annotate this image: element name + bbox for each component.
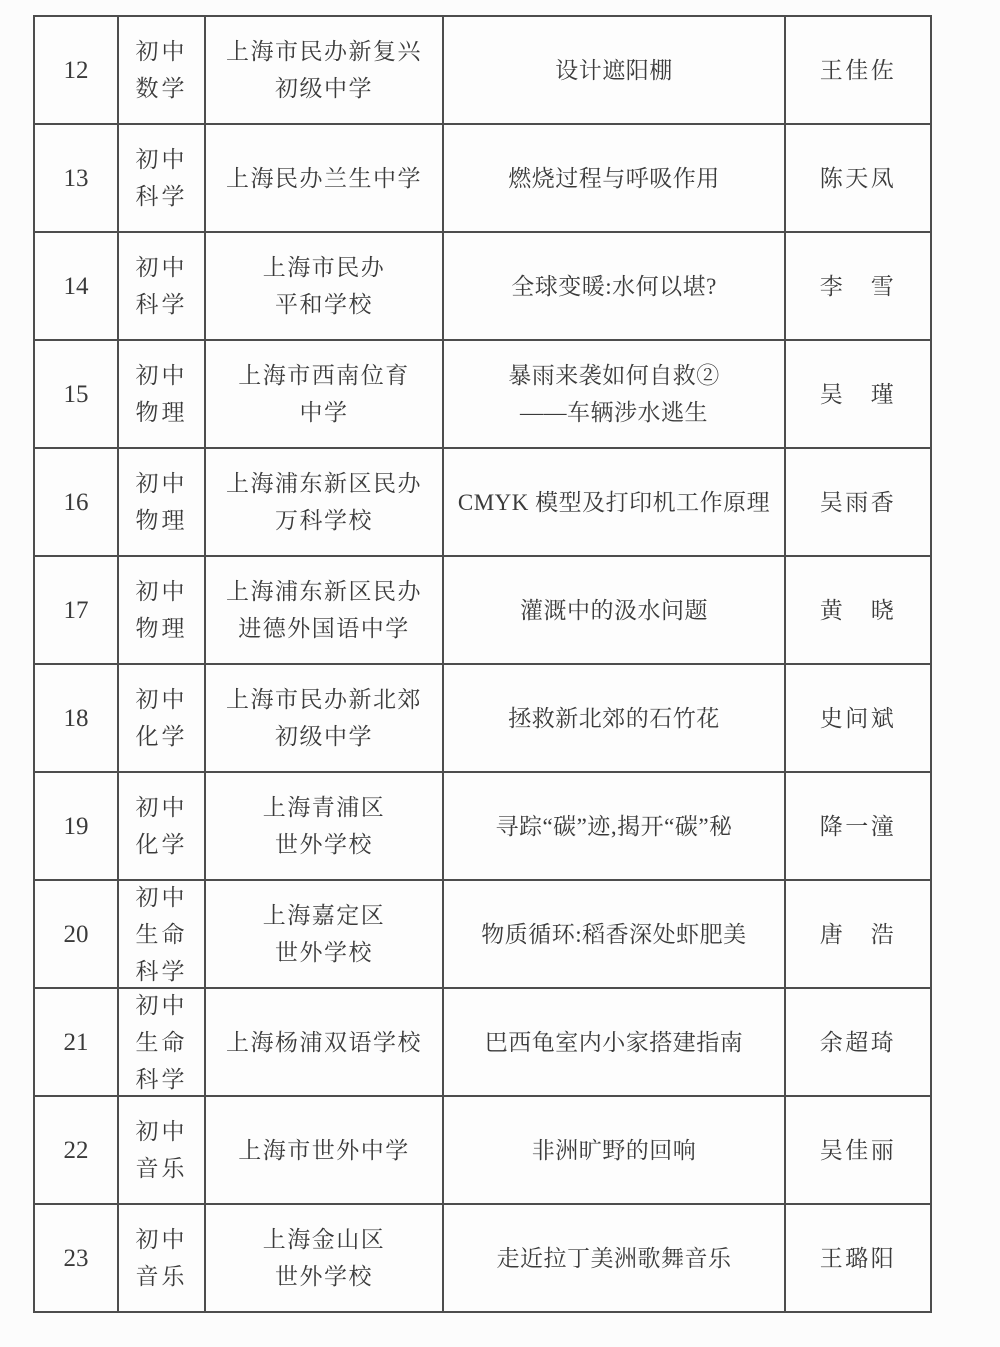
name-text: 吴雨香 (820, 484, 897, 521)
num-text: 13 (64, 160, 89, 197)
name-text: 降一潼 (820, 808, 897, 845)
row-number-cell: 19 (35, 773, 119, 881)
lesson-title-cell: 物质循环:稻香深处虾肥美 (444, 881, 786, 989)
school-text: 上海市民办新北郊 (226, 681, 422, 718)
teacher-name-cell: 吴雨香 (786, 449, 932, 557)
table-row: 17 初中物理 上海浦东新区民办进德外国语中学 灌溉中的汲水问题 黄 晓 (35, 557, 932, 665)
name-text: 余超琦 (820, 1024, 897, 1061)
table-row: 18 初中化学 上海市民办新北郊初级中学 拯救新北郊的石竹花 史问斌 (35, 665, 932, 773)
table-row: 12 初中数学 上海市民办新复兴初级中学 设计遮阳棚 王佳佐 (35, 17, 932, 125)
row-number-cell: 20 (35, 881, 119, 989)
row-number-cell: 21 (35, 989, 119, 1097)
subject-text: 生命 (136, 916, 188, 953)
subject-cell: 初中物理 (119, 449, 206, 557)
school-text: 上海市世外中学 (238, 1132, 410, 1169)
school-cell: 上海浦东新区民办进德外国语中学 (206, 557, 444, 665)
subject-cell: 初中化学 (119, 665, 206, 773)
row-number-cell: 17 (35, 557, 119, 665)
school-cell: 上海市民办新复兴初级中学 (206, 17, 444, 125)
title-text: 全球变暖:水何以堪? (511, 268, 717, 305)
school-text: 世外学校 (275, 1258, 373, 1295)
school-text: 上海青浦区 (263, 789, 386, 826)
subject-text: 初中 (136, 789, 188, 826)
title-text: 寻踪“碳”迹,揭开“碳”秘 (495, 808, 732, 845)
subject-text: 化学 (136, 826, 188, 863)
subject-cell: 初中科学 (119, 125, 206, 233)
school-cell: 上海市民办平和学校 (206, 233, 444, 341)
school-text: 上海金山区 (263, 1221, 386, 1258)
school-text: 世外学校 (275, 934, 373, 971)
title-text: 拯救新北郊的石竹花 (508, 700, 720, 737)
name-text: 史问斌 (820, 700, 897, 737)
row-number-cell: 12 (35, 17, 119, 125)
name-text: 王璐阳 (820, 1240, 897, 1277)
lesson-title-cell: 走近拉丁美洲歌舞音乐 (444, 1205, 786, 1313)
subject-cell: 初中音乐 (119, 1205, 206, 1313)
school-text: 进德外国语中学 (238, 610, 410, 647)
table-row: 16 初中物理 上海浦东新区民办万科学校 CMYK 模型及打印机工作原理 吴雨香 (35, 449, 932, 557)
table-row: 19 初中化学 上海青浦区世外学校 寻踪“碳”迹,揭开“碳”秘 降一潼 (35, 773, 932, 881)
school-text: 上海市民办 (263, 249, 386, 286)
school-text: 上海嘉定区 (263, 897, 386, 934)
subject-cell: 初中音乐 (119, 1097, 206, 1205)
subject-text: 物理 (136, 610, 188, 647)
lesson-title-cell: 非洲旷野的回响 (444, 1097, 786, 1205)
school-cell: 上海市西南位育中学 (206, 341, 444, 449)
school-text: 初级中学 (275, 718, 373, 755)
num-text: 23 (64, 1240, 89, 1277)
table-row: 14 初中科学 上海市民办平和学校 全球变暖:水何以堪? 李 雪 (35, 233, 932, 341)
num-text: 22 (64, 1132, 89, 1169)
row-number-cell: 18 (35, 665, 119, 773)
title-text: 巴西龟室内小家搭建指南 (485, 1024, 744, 1061)
num-text: 15 (64, 376, 89, 413)
subject-text: 科学 (136, 1061, 188, 1098)
num-text: 19 (64, 808, 89, 845)
row-number-cell: 14 (35, 233, 119, 341)
subject-text: 物理 (136, 394, 188, 431)
lesson-title-cell: 巴西龟室内小家搭建指南 (444, 989, 786, 1097)
subject-cell: 初中物理 (119, 341, 206, 449)
subject-text: 初中 (136, 1113, 188, 1150)
teacher-name-cell: 陈天凤 (786, 125, 932, 233)
subject-text: 初中 (136, 573, 188, 610)
name-text: 王佳佐 (820, 52, 897, 89)
subject-text: 初中 (136, 33, 188, 70)
table-row: 15 初中物理 上海市西南位育中学 暴雨来袭如何自救②——车辆涉水逃生 吴 瑾 (35, 341, 932, 449)
subject-text: 科学 (136, 953, 188, 990)
subject-cell: 初中数学 (119, 17, 206, 125)
subject-cell: 初中生命科学 (119, 881, 206, 989)
teacher-name-cell: 王璐阳 (786, 1205, 932, 1313)
school-cell: 上海市世外中学 (206, 1097, 444, 1205)
lesson-title-cell: 暴雨来袭如何自救②——车辆涉水逃生 (444, 341, 786, 449)
teacher-name-cell: 吴佳丽 (786, 1097, 932, 1205)
table-row: 20 初中生命科学 上海嘉定区世外学校 物质循环:稻香深处虾肥美 唐 浩 (35, 881, 932, 989)
num-text: 12 (64, 52, 89, 89)
school-text: 上海浦东新区民办 (226, 465, 422, 502)
subject-text: 化学 (136, 718, 188, 755)
table-row: 21 初中生命科学 上海杨浦双语学校 巴西龟室内小家搭建指南 余超琦 (35, 989, 932, 1097)
teacher-name-cell: 降一潼 (786, 773, 932, 881)
school-cell: 上海嘉定区世外学校 (206, 881, 444, 989)
subject-text: 初中 (136, 989, 188, 1024)
school-text: 中学 (300, 394, 349, 431)
teacher-name-cell: 余超琦 (786, 989, 932, 1097)
subject-text: 音乐 (136, 1150, 188, 1187)
subject-cell: 初中化学 (119, 773, 206, 881)
school-cell: 上海青浦区世外学校 (206, 773, 444, 881)
num-text: 17 (64, 592, 89, 629)
num-text: 20 (64, 916, 89, 953)
lesson-title-cell: CMYK 模型及打印机工作原理 (444, 449, 786, 557)
lesson-title-cell: 灌溉中的汲水问题 (444, 557, 786, 665)
name-text: 黄 晓 (820, 592, 897, 629)
lesson-title-cell: 全球变暖:水何以堪? (444, 233, 786, 341)
school-text: 万科学校 (275, 502, 373, 539)
subject-text: 初中 (136, 357, 188, 394)
lesson-title-cell: 设计遮阳棚 (444, 17, 786, 125)
row-number-cell: 23 (35, 1205, 119, 1313)
row-number-cell: 16 (35, 449, 119, 557)
title-text: 暴雨来袭如何自救② (508, 357, 720, 394)
school-text: 上海杨浦双语学校 (226, 1024, 422, 1061)
subject-cell: 初中物理 (119, 557, 206, 665)
table-row: 13 初中科学 上海民办兰生中学 燃烧过程与呼吸作用 陈天凤 (35, 125, 932, 233)
name-text: 吴佳丽 (820, 1132, 897, 1169)
num-text: 18 (64, 700, 89, 737)
table-row: 22 初中音乐 上海市世外中学 非洲旷野的回响 吴佳丽 (35, 1097, 932, 1205)
school-cell: 上海浦东新区民办万科学校 (206, 449, 444, 557)
title-text: 走近拉丁美洲歌舞音乐 (497, 1240, 732, 1277)
subject-text: 初中 (136, 1221, 188, 1258)
school-text: 初级中学 (275, 70, 373, 107)
subject-text: 生命 (136, 1024, 188, 1061)
num-text: 14 (64, 268, 89, 305)
num-text: 16 (64, 484, 89, 521)
title-text: ——车辆涉水逃生 (520, 394, 708, 431)
num-text: 21 (64, 1024, 89, 1061)
title-text: 燃烧过程与呼吸作用 (508, 160, 720, 197)
school-text: 上海市民办新复兴 (226, 33, 422, 70)
school-cell: 上海杨浦双语学校 (206, 989, 444, 1097)
school-text: 平和学校 (275, 286, 373, 323)
subject-cell: 初中生命科学 (119, 989, 206, 1097)
subject-text: 物理 (136, 502, 188, 539)
school-cell: 上海金山区世外学校 (206, 1205, 444, 1313)
school-cell: 上海民办兰生中学 (206, 125, 444, 233)
subject-text: 初中 (136, 465, 188, 502)
subject-text: 科学 (136, 286, 188, 323)
teacher-name-cell: 李 雪 (786, 233, 932, 341)
title-text: 物质循环:稻香深处虾肥美 (481, 916, 746, 953)
subject-text: 数学 (136, 70, 188, 107)
school-cell: 上海市民办新北郊初级中学 (206, 665, 444, 773)
name-text: 陈天凤 (820, 160, 897, 197)
subject-text: 初中 (136, 249, 188, 286)
lesson-results-table: 12 初中数学 上海市民办新复兴初级中学 设计遮阳棚 王佳佐 13 初中科学 上… (33, 15, 932, 1313)
subject-text: 音乐 (136, 1258, 188, 1295)
school-text: 世外学校 (275, 826, 373, 863)
row-number-cell: 13 (35, 125, 119, 233)
school-text: 上海民办兰生中学 (226, 160, 422, 197)
teacher-name-cell: 史问斌 (786, 665, 932, 773)
subject-text: 初中 (136, 141, 188, 178)
subject-text: 初中 (136, 881, 188, 916)
teacher-name-cell: 黄 晓 (786, 557, 932, 665)
table-row: 23 初中音乐 上海金山区世外学校 走近拉丁美洲歌舞音乐 王璐阳 (35, 1205, 932, 1313)
row-number-cell: 22 (35, 1097, 119, 1205)
lesson-title-cell: 寻踪“碳”迹,揭开“碳”秘 (444, 773, 786, 881)
name-text: 吴 瑾 (820, 376, 897, 413)
title-text: CMYK 模型及打印机工作原理 (458, 484, 770, 521)
name-text: 唐 浩 (820, 916, 897, 953)
lesson-title-cell: 拯救新北郊的石竹花 (444, 665, 786, 773)
subject-text: 初中 (136, 681, 188, 718)
subject-cell: 初中科学 (119, 233, 206, 341)
teacher-name-cell: 王佳佐 (786, 17, 932, 125)
lesson-title-cell: 燃烧过程与呼吸作用 (444, 125, 786, 233)
subject-text: 科学 (136, 178, 188, 215)
school-text: 上海浦东新区民办 (226, 573, 422, 610)
title-text: 非洲旷野的回响 (532, 1132, 697, 1169)
title-text: 设计遮阳棚 (555, 52, 673, 89)
school-text: 上海市西南位育 (238, 357, 410, 394)
name-text: 李 雪 (820, 268, 897, 305)
row-number-cell: 15 (35, 341, 119, 449)
title-text: 灌溉中的汲水问题 (520, 592, 708, 629)
teacher-name-cell: 唐 浩 (786, 881, 932, 989)
teacher-name-cell: 吴 瑾 (786, 341, 932, 449)
